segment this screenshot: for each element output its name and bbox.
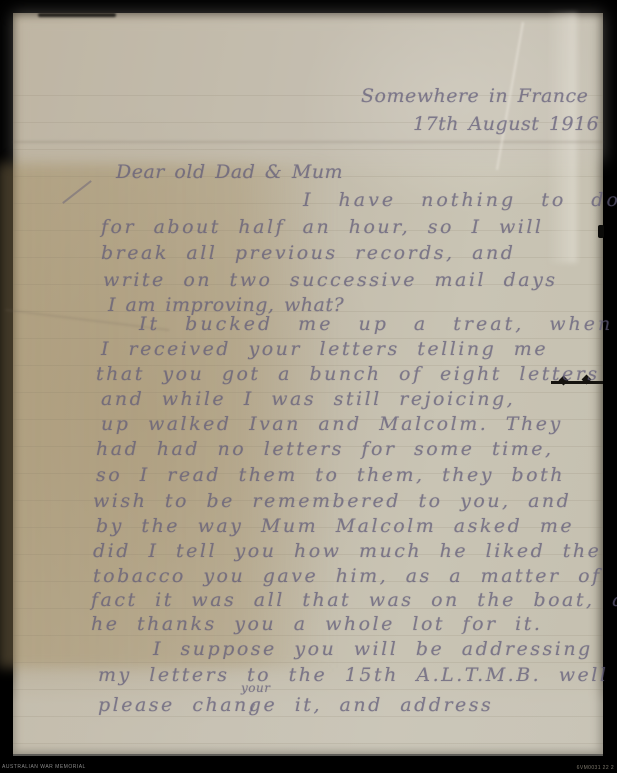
handwriting-line: my letters to the 15th A.L.T.M.B. well	[98, 664, 608, 686]
handwriting-line: tobacco you gave him, as a matter of	[93, 565, 602, 587]
handwriting-line: had had no letters for some time,	[96, 438, 554, 460]
scanner-background: Somewhere in France17th August 1916Dear …	[0, 0, 617, 773]
handwriting-line: write on two successive mail days	[103, 269, 558, 291]
handwriting-line: did I tell you how much he liked the	[93, 540, 601, 562]
pencil-margin-stroke	[62, 180, 92, 204]
handwriting-line: fact it was all that was on the boat, an…	[91, 589, 617, 611]
letter-page-scan: Somewhere in France17th August 1916Dear …	[13, 13, 603, 754]
handwriting-line: break all previous records, and	[101, 242, 515, 264]
inserted-word: your	[241, 681, 270, 695]
archive-watermark: AUSTRALIAN WAR MEMORIAL	[2, 764, 86, 770]
place-line: Somewhere in France	[361, 85, 588, 107]
handwriting-line: so I read them to them, they both	[96, 464, 565, 486]
handwriting-line: I have nothing to do	[303, 189, 617, 211]
handwriting-line: he thanks you a whole lot for it.	[91, 613, 542, 635]
fold-crease	[13, 141, 603, 143]
handwriting-line: please change it, and address	[98, 694, 493, 716]
handwriting-line: by the way Mum Malcolm asked me	[96, 515, 574, 537]
paper-curl-highlight	[547, 13, 577, 263]
archive-negative-number: 6VM0031 22 2	[577, 765, 614, 771]
handwriting-line: up walked Ivan and Malcolm. They	[101, 413, 563, 435]
handwriting-line: It bucked me up a treat, when	[139, 313, 613, 335]
handwriting-line: I received your letters telling me	[101, 338, 548, 360]
edge-notch	[598, 225, 604, 238]
salutation-line: Dear old Dad & Mum	[116, 161, 343, 183]
top-edge-shadow	[38, 13, 116, 17]
handwriting-line: and while I was still rejoicing,	[101, 388, 515, 410]
date-line: 17th August 1916	[413, 113, 599, 135]
handwriting-line: wish to be remembered to you, and	[93, 490, 571, 512]
handwriting-line: I suppose you will be addressing	[153, 638, 593, 660]
handwriting-line: that you got a bunch of eight letters	[96, 363, 600, 385]
handwriting-line: for about half an hour, so I will	[101, 216, 544, 238]
